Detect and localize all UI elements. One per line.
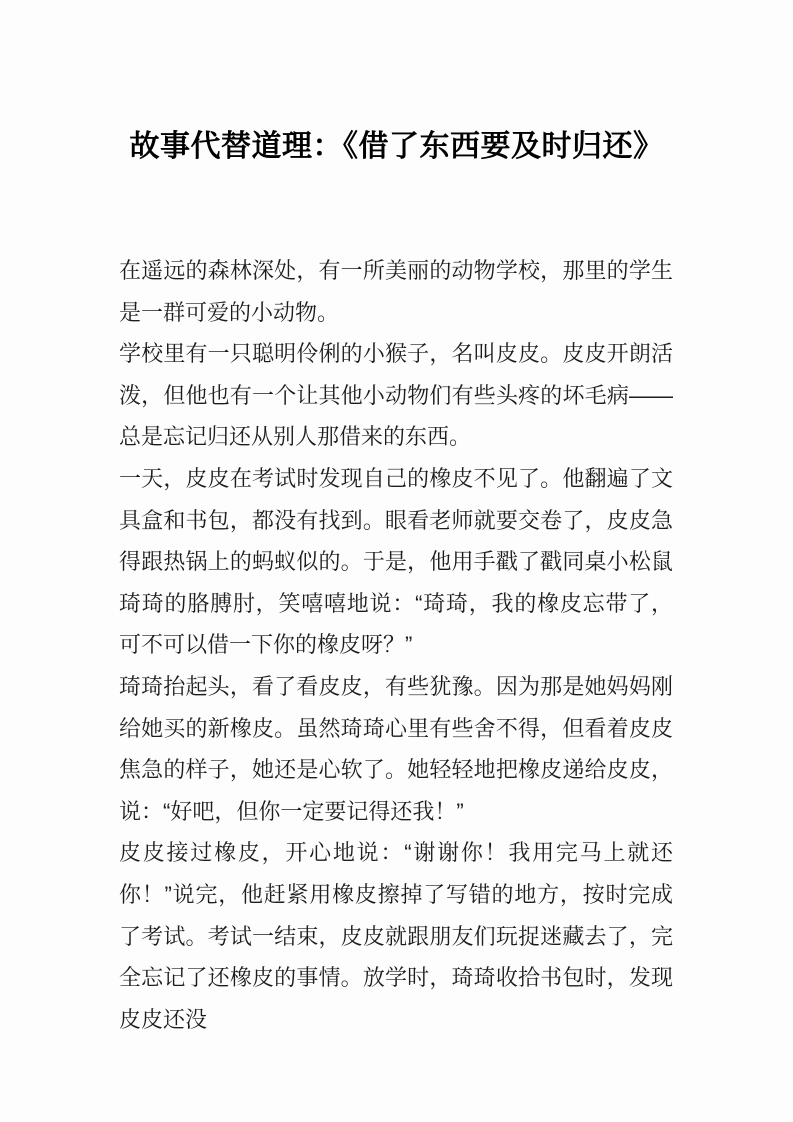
document-title: 故事代替道理：《借了东西要及时归还》 (60, 124, 733, 170)
story-paragraph-qiqi-lends: 琦琦抬起头，看了看皮皮，有些犹豫。因为那是她妈妈刚给她买的新橡皮。虽然琦琦心里有… (119, 666, 673, 832)
story-paragraph-intro: 在遥远的森林深处，有一所美丽的动物学校，那里的学生是一群可爱的小动物。 (119, 250, 673, 333)
document-page: 故事代替道理：《借了东西要及时归还》 在遥远的森林深处，有一所美丽的动物学校，那… (0, 0, 793, 1122)
document-body: 在遥远的森林深处，有一所美丽的动物学校，那里的学生是一群可爱的小动物。 学校里有… (119, 250, 673, 1040)
story-paragraph-forgets-return: 皮皮接过橡皮，开心地说：“谢谢你！我用完马上就还你！”说完，他赶紧用橡皮擦掉了写… (119, 832, 673, 1040)
story-paragraph-exam-borrow: 一天，皮皮在考试时发现自己的橡皮不见了。他翻遍了文具盒和书包，都没有找到。眼看老… (119, 458, 673, 666)
story-paragraph-monkey-habit: 学校里有一只聪明伶俐的小猴子，名叫皮皮。皮皮开朗活泼，但他也有一个让其他小动物们… (119, 333, 673, 458)
